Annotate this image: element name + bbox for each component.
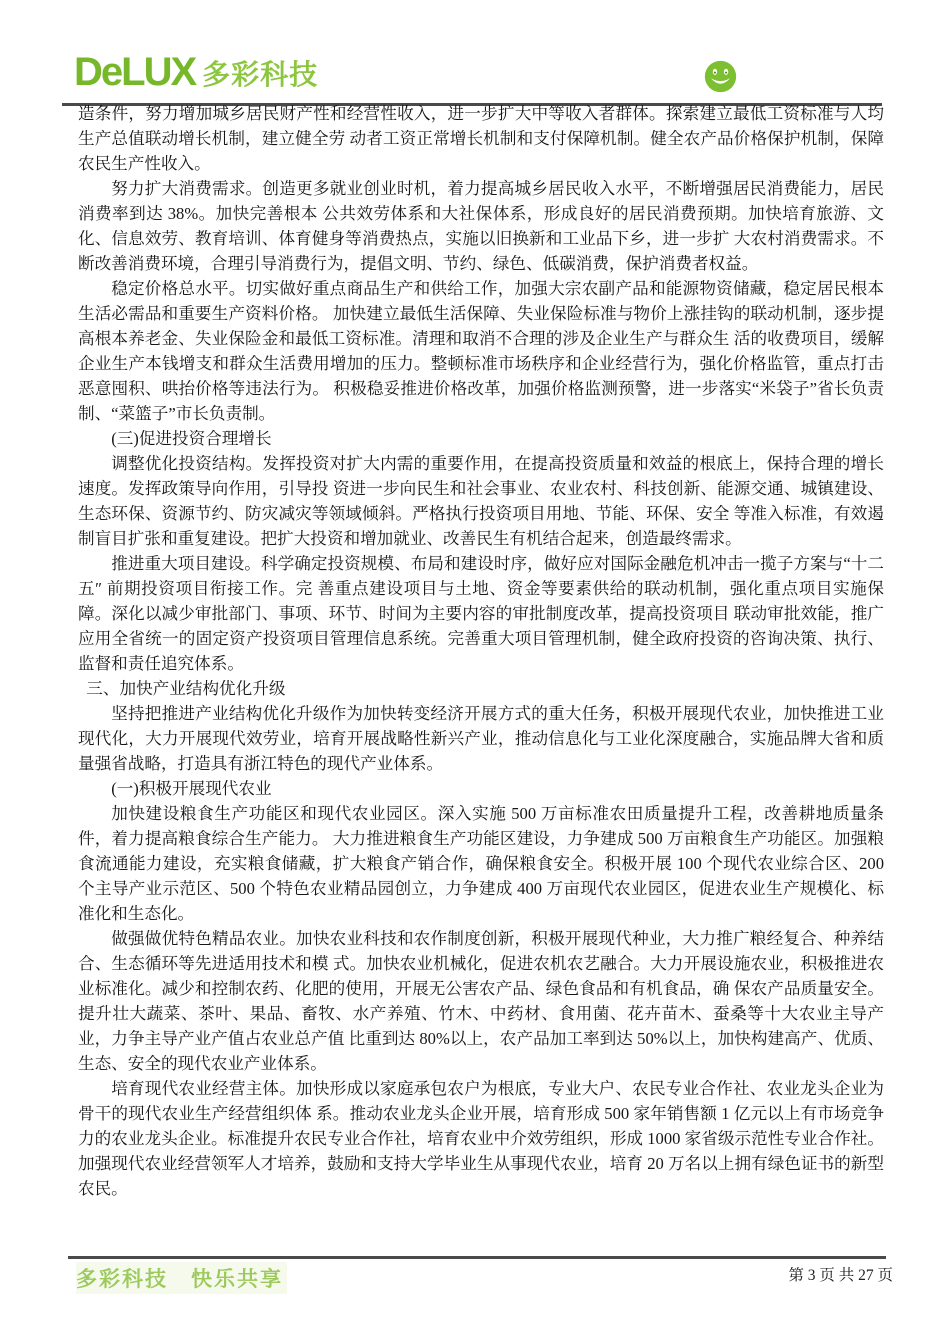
delux-logo: DeLUX 多彩科技 [74, 52, 318, 92]
paragraph: 培育现代农业经营主体。加快形成以家庭承包农户为根底，专业大户、农民专业合作社、农… [78, 1076, 884, 1201]
paragraph: 做强做优特色精品农业。加快农业科技和农作制度创新，积极开展现代种业，大力推广粮经… [78, 926, 884, 1076]
section-heading: (三)促进投资合理增长 [78, 426, 884, 451]
section-heading: 三、加快产业结构优化升级 [78, 676, 884, 701]
document-page: DeLUX 多彩科技 造条件，努力增加城乡居民财产性和经营性收入，进一步扩大中等… [0, 0, 950, 1344]
paragraph: 调整优化投资结构。发挥投资对扩大内需的重要作用，在提高投资质量和效益的根底上，保… [78, 451, 884, 551]
logo-latin-text: DeLUX [74, 52, 195, 92]
footer-divider [68, 1256, 886, 1259]
document-body: 造条件，努力增加城乡居民财产性和经营性收入，进一步扩大中等收入者群体。探索建立最… [78, 101, 884, 1201]
paragraph: 造条件，努力增加城乡居民财产性和经营性收入，进一步扩大中等收入者群体。探索建立最… [78, 101, 884, 176]
paragraph: 推进重大项目建设。科学确定投资规模、布局和建设时序，做好应对国际金融危机冲击一揽… [78, 551, 884, 676]
paragraph: 稳定价格总水平。切实做好重点商品生产和供给工作，加强大宗农副产品和能源物资储藏，… [78, 276, 884, 426]
paragraph: 坚持把推进产业结构优化升级作为加快转变经济开展方式的重大任务，积极开展现代农业，… [78, 701, 884, 776]
smiley-face-icon [704, 60, 737, 93]
footer-slogan: 多彩科技 快乐共享 [76, 1262, 287, 1294]
page-number: 第 3 页 共 27 页 [788, 1263, 893, 1285]
logo-chinese-text: 多彩科技 [202, 58, 318, 92]
paragraph: 加快建设粮食生产功能区和现代农业园区。深入实施 500 万亩标准农田质量提升工程… [78, 801, 884, 926]
section-heading: (一)积极开展现代农业 [78, 776, 884, 801]
paragraph: 努力扩大消费需求。创造更多就业创业时机，着力提高城乡居民收入水平，不断增强居民消… [78, 176, 884, 276]
